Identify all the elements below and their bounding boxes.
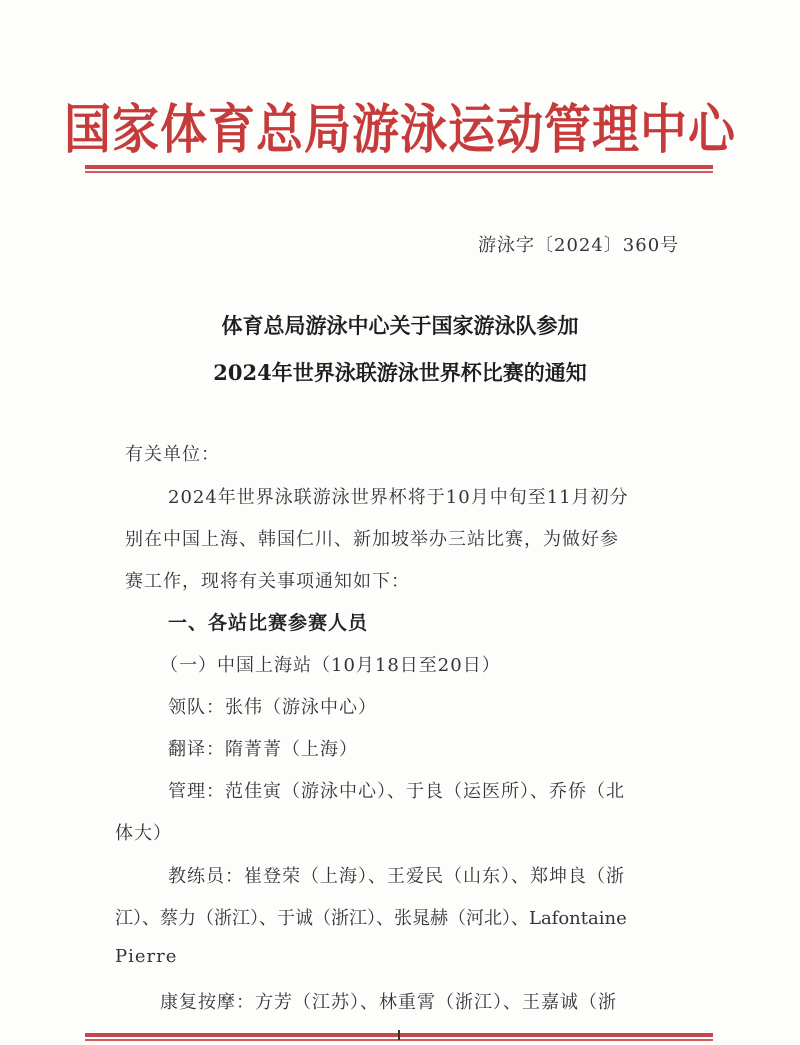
intro-line-3: 赛工作，现将有关事项通知如下： — [125, 567, 410, 593]
role-coaches-line-2: 江）、蔡力（浙江）、于诚（浙江）、张晁赫（河北）、Lafontaine — [115, 904, 627, 930]
document-page: 国家体育总局游泳运动管理中心 游泳字〔2024〕360号 体育总局游泳中心关于国… — [0, 0, 800, 1045]
notice-title-line-1: 体育总局游泳中心关于国家游泳队参加 — [0, 310, 800, 340]
intro-line-1: 2024年世界泳联游泳世界杯将于10月中旬至11月初分 — [168, 483, 629, 509]
section-1-heading: 一、各站比赛参赛人员 — [168, 608, 368, 635]
role-coaches-line-3: Pierre — [115, 946, 177, 967]
role-management-line-2: 体大） — [115, 819, 172, 845]
letterhead-double-rule — [85, 165, 713, 173]
salutation: 有关单位： — [125, 440, 220, 466]
page-number-mark — [398, 1030, 400, 1040]
role-rehab-line-1: 康复按摩：方芳（江苏）、林重霄（浙江）、王嘉诚（浙 — [160, 988, 617, 1014]
rule-thin-line — [85, 171, 713, 173]
role-leader: 领队：张伟（游泳中心） — [168, 693, 377, 719]
notice-title-line-2: 2024年世界泳联游泳世界杯比赛的通知 — [0, 357, 800, 387]
intro-line-2: 别在中国上海、韩国仁川、新加坡举办三站比赛，为做好参 — [125, 525, 619, 551]
subsection-shanghai-heading: （一）中国上海站（10月18日至20日） — [160, 651, 501, 677]
role-translator: 翻译：隋菁菁（上海） — [168, 735, 358, 761]
document-number: 游泳字〔2024〕360号 — [478, 231, 679, 257]
letterhead-org-name: 国家体育总局游泳运动管理中心 — [0, 88, 800, 163]
role-coaches-line-1: 教练员：崔登荣（上海）、王爱民（山东）、郑坤良（浙 — [168, 862, 625, 888]
role-management-line-1: 管理：范佳寅（游泳中心）、于良（运医所）、乔侨（北 — [168, 777, 625, 803]
